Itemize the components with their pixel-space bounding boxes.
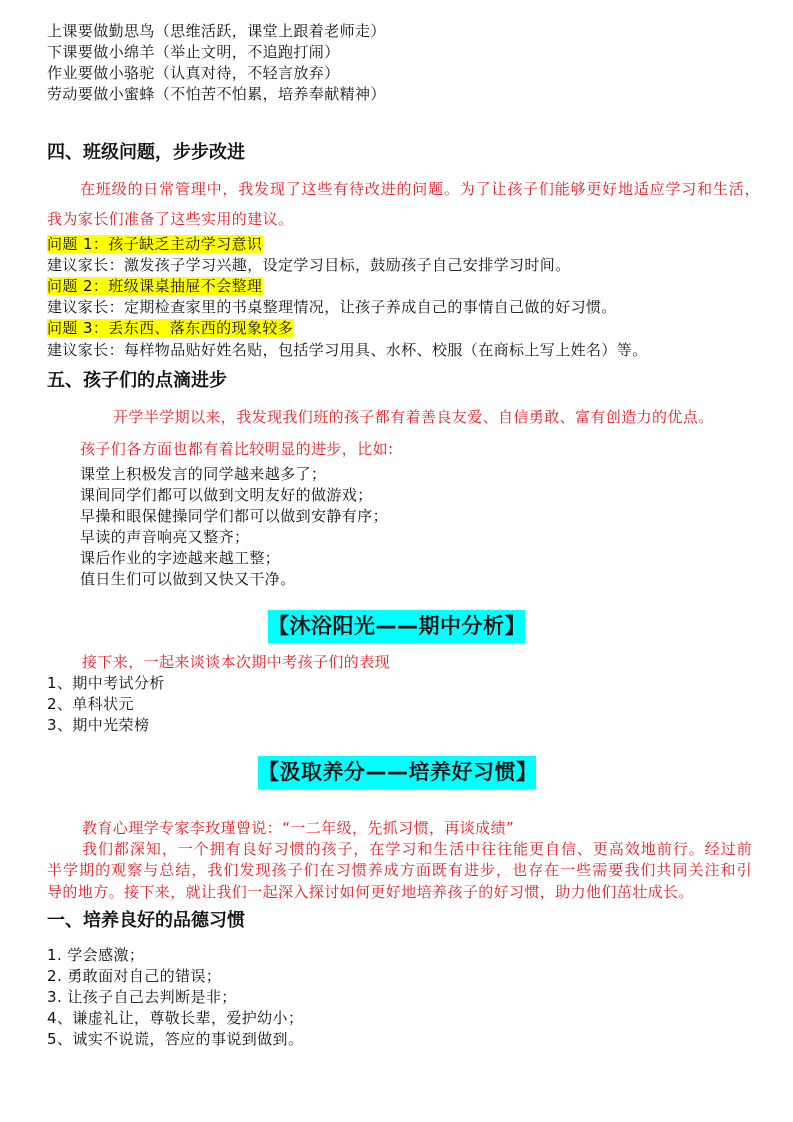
section-heading-moral-habits: 一、培养良好的品德习惯 (47, 908, 245, 934)
progress-item: 课后作业的字迹越来越工整； (80, 548, 280, 569)
advice-item: 建议家长：定期检查家里的书桌整理情况，让孩子养成自己的事情自己做的好习惯。 (47, 297, 617, 318)
problem-highlight: 问题 1：孩子缺乏主动学习意识 (47, 235, 263, 253)
habits-paragraph-line: 导的地方。接下来，就让我们一起深入探讨如何更好地培养孩子的好习惯，助力他们茁壮成… (47, 882, 694, 903)
midterm-item: 1、期中考试分析 (47, 673, 165, 694)
progress-lead: 孩子们各方面也都有着比较明显的进步，比如: (80, 439, 393, 460)
problem-item: 问题 1：孩子缺乏主动学习意识 (47, 234, 263, 255)
problem-highlight: 问题 2：班级课桌抽屉不会整理 (47, 277, 263, 295)
problem-item: 问题 2：班级课桌抽屉不会整理 (47, 276, 263, 297)
progress-item: 早读的声音响亮又整齐； (80, 527, 249, 548)
advice-item: 建议家长：每样物品贴好姓名贴，包括学习用具、水杯、校服（在商标上写上姓名）等。 (47, 340, 648, 361)
banner-midterm-analysis: 【沐浴阳光——期中分析】 (268, 610, 525, 643)
problem-item: 问题 3：丢东西、落东西的现象较多 (47, 318, 294, 339)
habits-paragraph-line: 半学期的观察与总结，我们发现孩子们在习惯养成方面既有进步，也存在一些需要我们共同… (47, 860, 752, 881)
expert-quote: 教育心理学专家李玫瑾曾说：“一二年级，先抓习惯，再谈成绩” (82, 818, 514, 839)
progress-item: 值日生们可以做到又快又干净。 (80, 569, 296, 590)
habits-paragraph-line: 我们都深知，一个拥有良好习惯的孩子，在学习和生活中往往能更自信、更高效地前行。经… (82, 839, 752, 860)
advice-item: 建议家长：激发孩子学习兴趣，设定学习目标，鼓励孩子自己安排学习时间。 (47, 255, 571, 276)
section-heading-progress: 五、孩子们的点滴进步 (47, 368, 227, 394)
problem-highlight: 问题 3：丢东西、落东西的现象较多 (47, 319, 294, 337)
problems-intro-line: 我为家长们准备了这些实用的建议。 (47, 209, 293, 230)
midterm-item: 3、期中光荣榜 (47, 715, 149, 736)
progress-intro: 开学半学期以来，我发现我们班的孩子都有着善良友爱、自信勇敢、富有创造力的优点。 (113, 407, 714, 428)
habit-item: 5、诚实不说谎，答应的事说到做到。 (47, 1029, 303, 1050)
habit-item: 2. 勇敢面对自己的错误； (47, 966, 221, 987)
section-heading-problems: 四、班级问题，步步改进 (47, 140, 245, 166)
habit-item: 1. 学会感激； (47, 945, 144, 966)
banner-good-habits: 【汲取养分——培养好习惯】 (258, 756, 536, 789)
progress-item: 早操和眼保健操同学们都可以做到安静有序； (80, 506, 388, 527)
progress-item: 课间同学们都可以做到文明友好的做游戏； (80, 485, 373, 506)
intro-line: 下课要做小绵羊（举止文明，不追跑打闹） (47, 42, 340, 63)
midterm-lead: 接下来，一起来谈谈本次期中考孩子们的表现 (82, 652, 390, 673)
intro-line: 劳动要做小蜜蜂（不怕苦不怕累，培养奉献精神） (47, 84, 386, 105)
habit-item: 4、谦虚礼让，尊敬长辈，爱护幼小； (47, 1008, 303, 1029)
intro-line: 作业要做小骆驼（认真对待，不轻言放弃） (47, 63, 340, 84)
habit-item: 3. 让孩子自己去判断是非； (47, 987, 237, 1008)
progress-item: 课堂上积极发言的同学越来越多了； (80, 464, 326, 485)
intro-line: 上课要做勤思鸟（思维活跃，课堂上跟着老师走） (47, 21, 386, 42)
midterm-item: 2、单科状元 (47, 694, 134, 715)
problems-intro-line: 在班级的日常管理中，我发现了这些有待改进的问题。为了让孩子们能够更好地适应学习和… (80, 179, 760, 200)
